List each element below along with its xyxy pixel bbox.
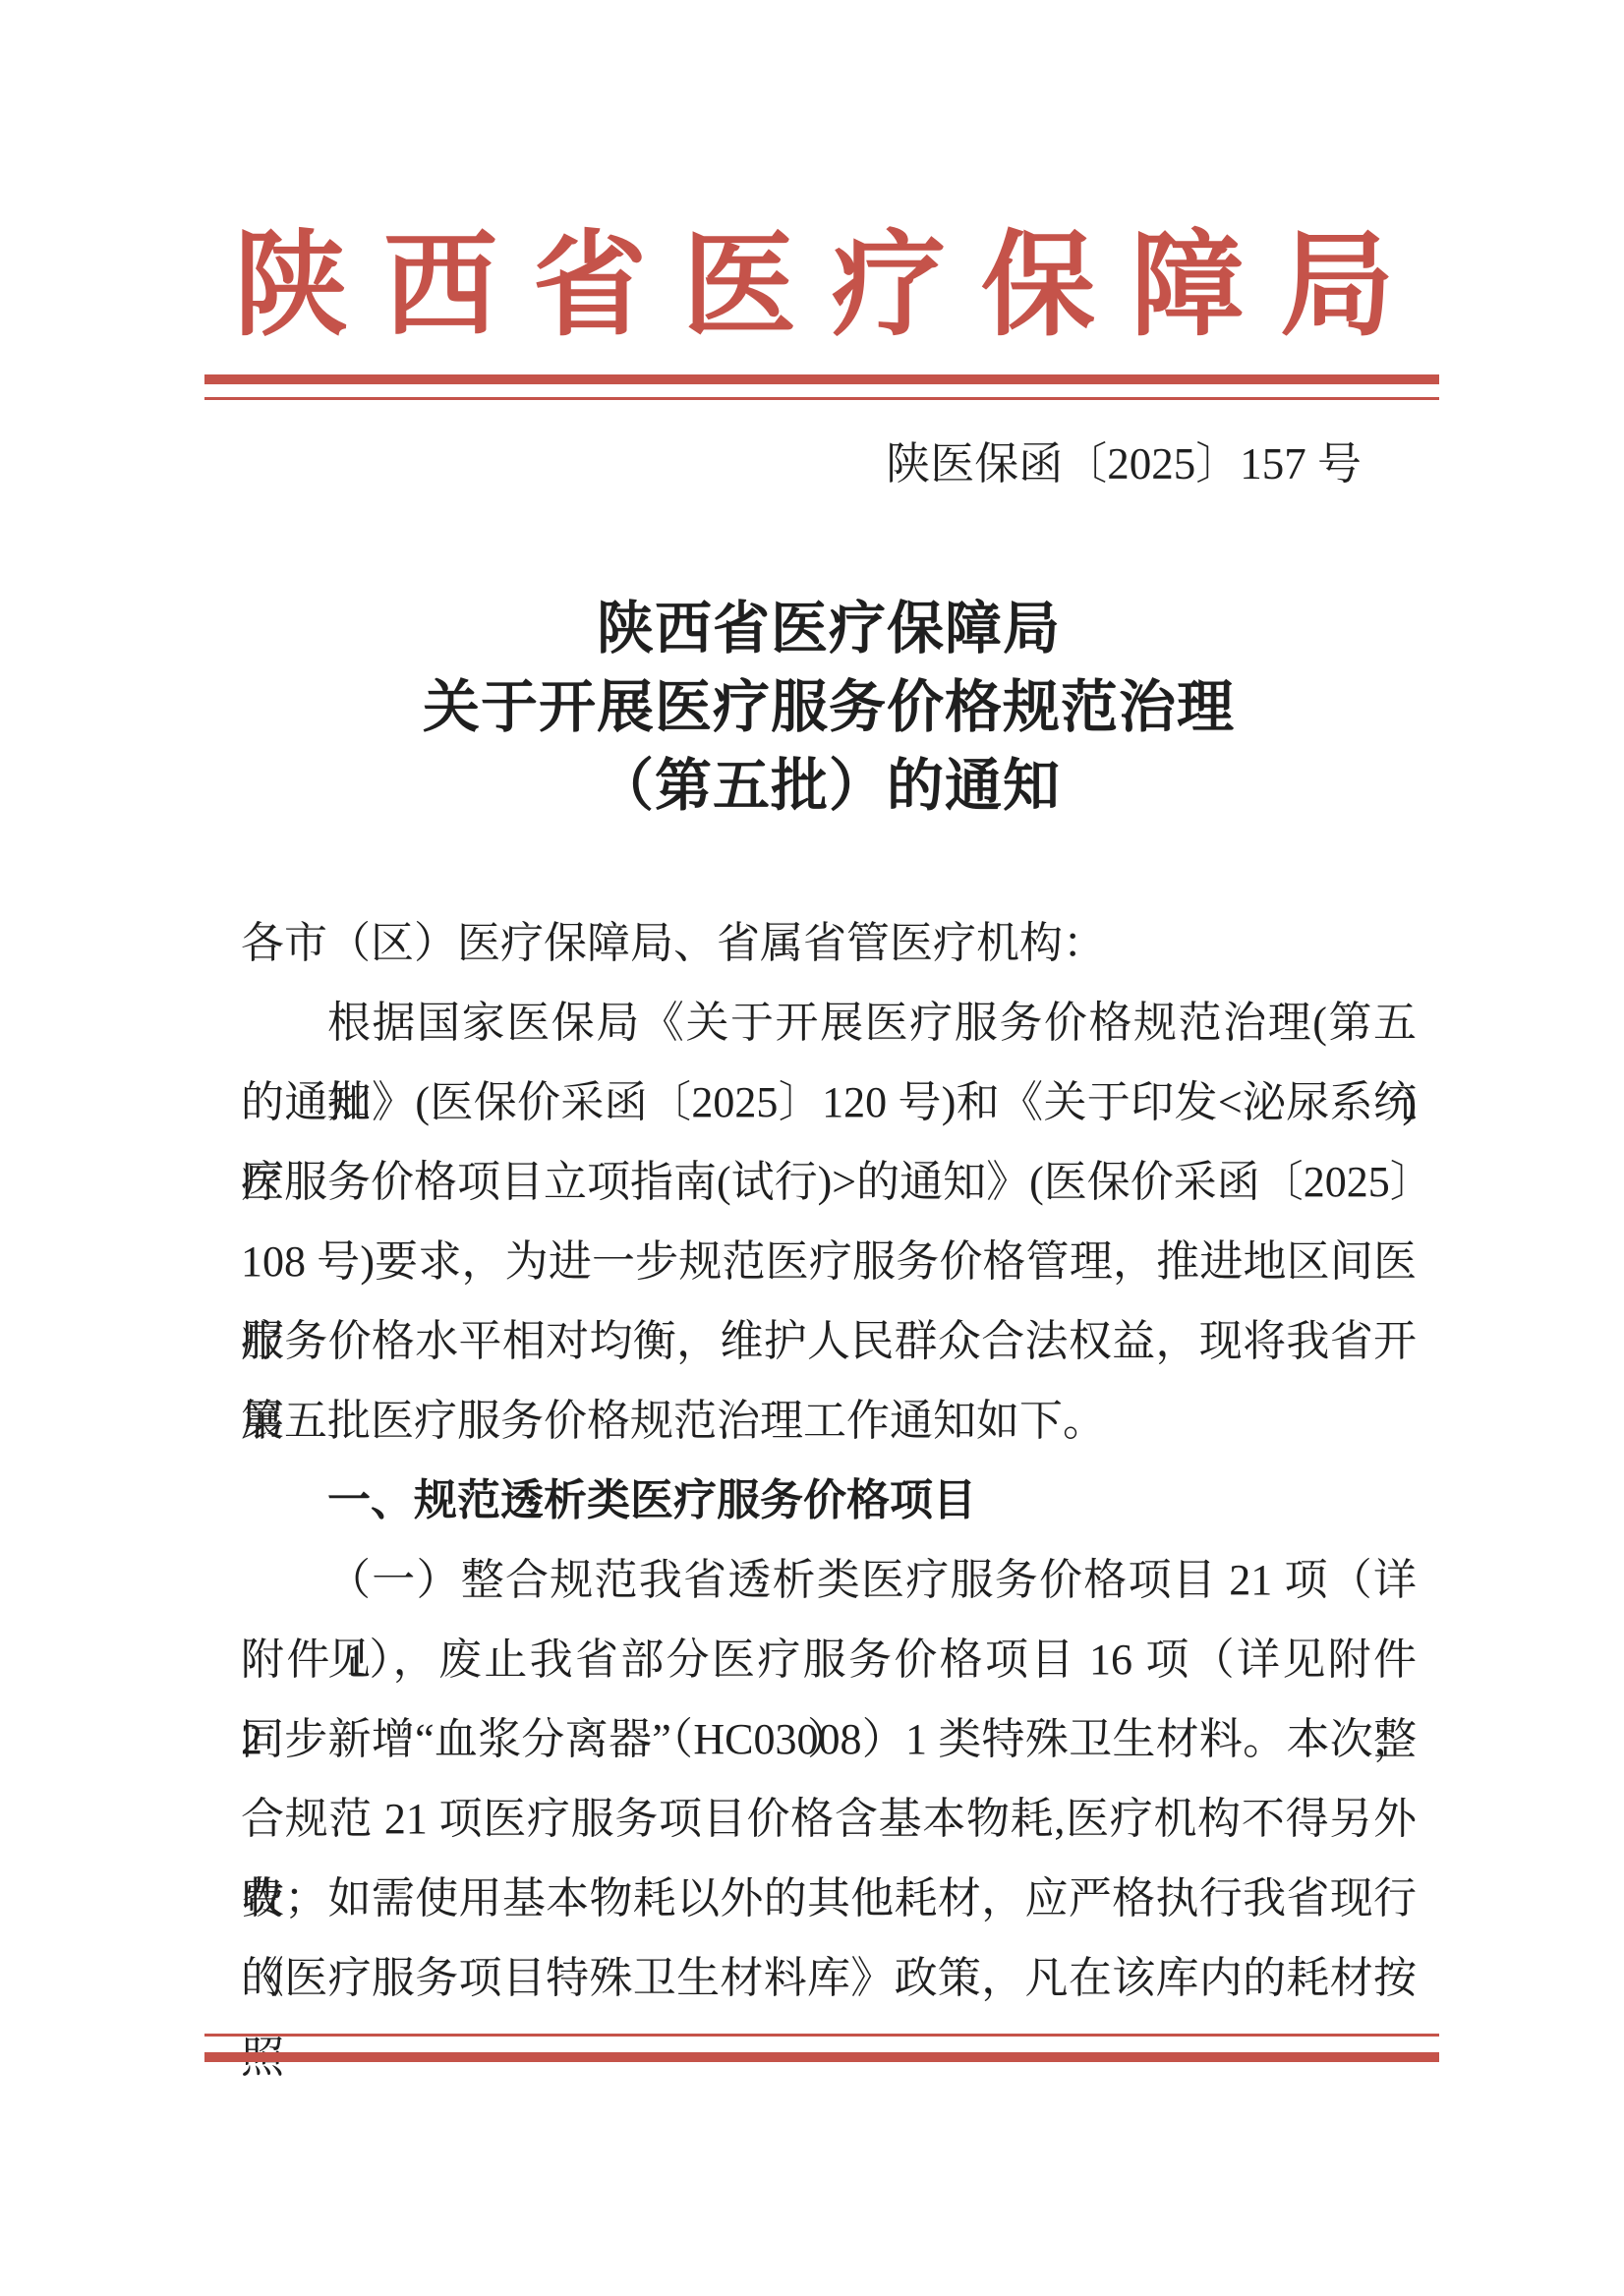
body-line: 根据国家医保局《关于开展医疗服务价格规范治理(第五批) — [241, 983, 1417, 1062]
body-line: 第五批医疗服务价格规范治理工作通知如下。 — [241, 1381, 1417, 1461]
body-line: 各市（区）医疗保障局、省属省管医疗机构： — [241, 903, 1417, 983]
letterhead-rule-thin — [204, 397, 1439, 400]
body-line: 附件 1），废止我省部分医疗服务价格项目 16 项（详见附件 2）， — [241, 1620, 1417, 1699]
document-page: 陕西省医疗保障局 陕医保函〔2025〕157 号 陕西省医疗保障局 关于开展医疗… — [0, 0, 1624, 2296]
body-line: 疗服务价格项目立项指南(试行)>的通知》(医保价采函〔2025〕 — [241, 1142, 1417, 1222]
footer-rule-thin — [204, 2034, 1439, 2037]
document-title-line-1: 陕西省医疗保障局 — [241, 590, 1417, 668]
body-line: 《医疗服务项目特殊卫生材料库》政策，凡在该库内的耗材按照 — [241, 1938, 1417, 2018]
letterhead-rule-thick — [204, 374, 1439, 384]
body-line: 同步新增“血浆分离器”（HC03008）1 类特殊卫生材料。本次整 — [241, 1699, 1417, 1779]
document-title: 陕西省医疗保障局 关于开展医疗服务价格规范治理 （第五批）的通知 — [241, 590, 1417, 826]
body-line: （一）整合规范我省透析类医疗服务价格项目 21 项（详见 — [241, 1540, 1417, 1620]
letterhead-agency-title: 陕西省医疗保障局 — [234, 218, 1406, 356]
body-line: 一、规范透析类医疗服务价格项目 — [241, 1461, 1417, 1540]
document-title-line-2: 关于开展医疗服务价格规范治理 — [241, 668, 1417, 747]
document-body: 各市（区）医疗保障局、省属省管医疗机构：根据国家医保局《关于开展医疗服务价格规范… — [241, 903, 1417, 2018]
body-line: 服务价格水平相对均衡，维护人民群众合法权益，现将我省开展 — [241, 1301, 1417, 1381]
body-line: 费；如需使用基本物耗以外的其他耗材，应严格执行我省现行的 — [241, 1859, 1417, 1938]
document-title-line-3: （第五批）的通知 — [241, 747, 1417, 826]
document-number: 陕医保函〔2025〕157 号 — [886, 438, 1362, 489]
body-line: 合规范 21 项医疗服务项目价格含基本物耗,医疗机构不得另外收 — [241, 1779, 1417, 1859]
footer-rule-thick — [204, 2052, 1439, 2062]
body-line: 108 号)要求，为进一步规范医疗服务价格管理，推进地区间医疗 — [241, 1222, 1417, 1301]
body-line: 的通知》(医保价采函〔2025〕120 号)和《关于印发<泌尿系统医 — [241, 1062, 1417, 1142]
